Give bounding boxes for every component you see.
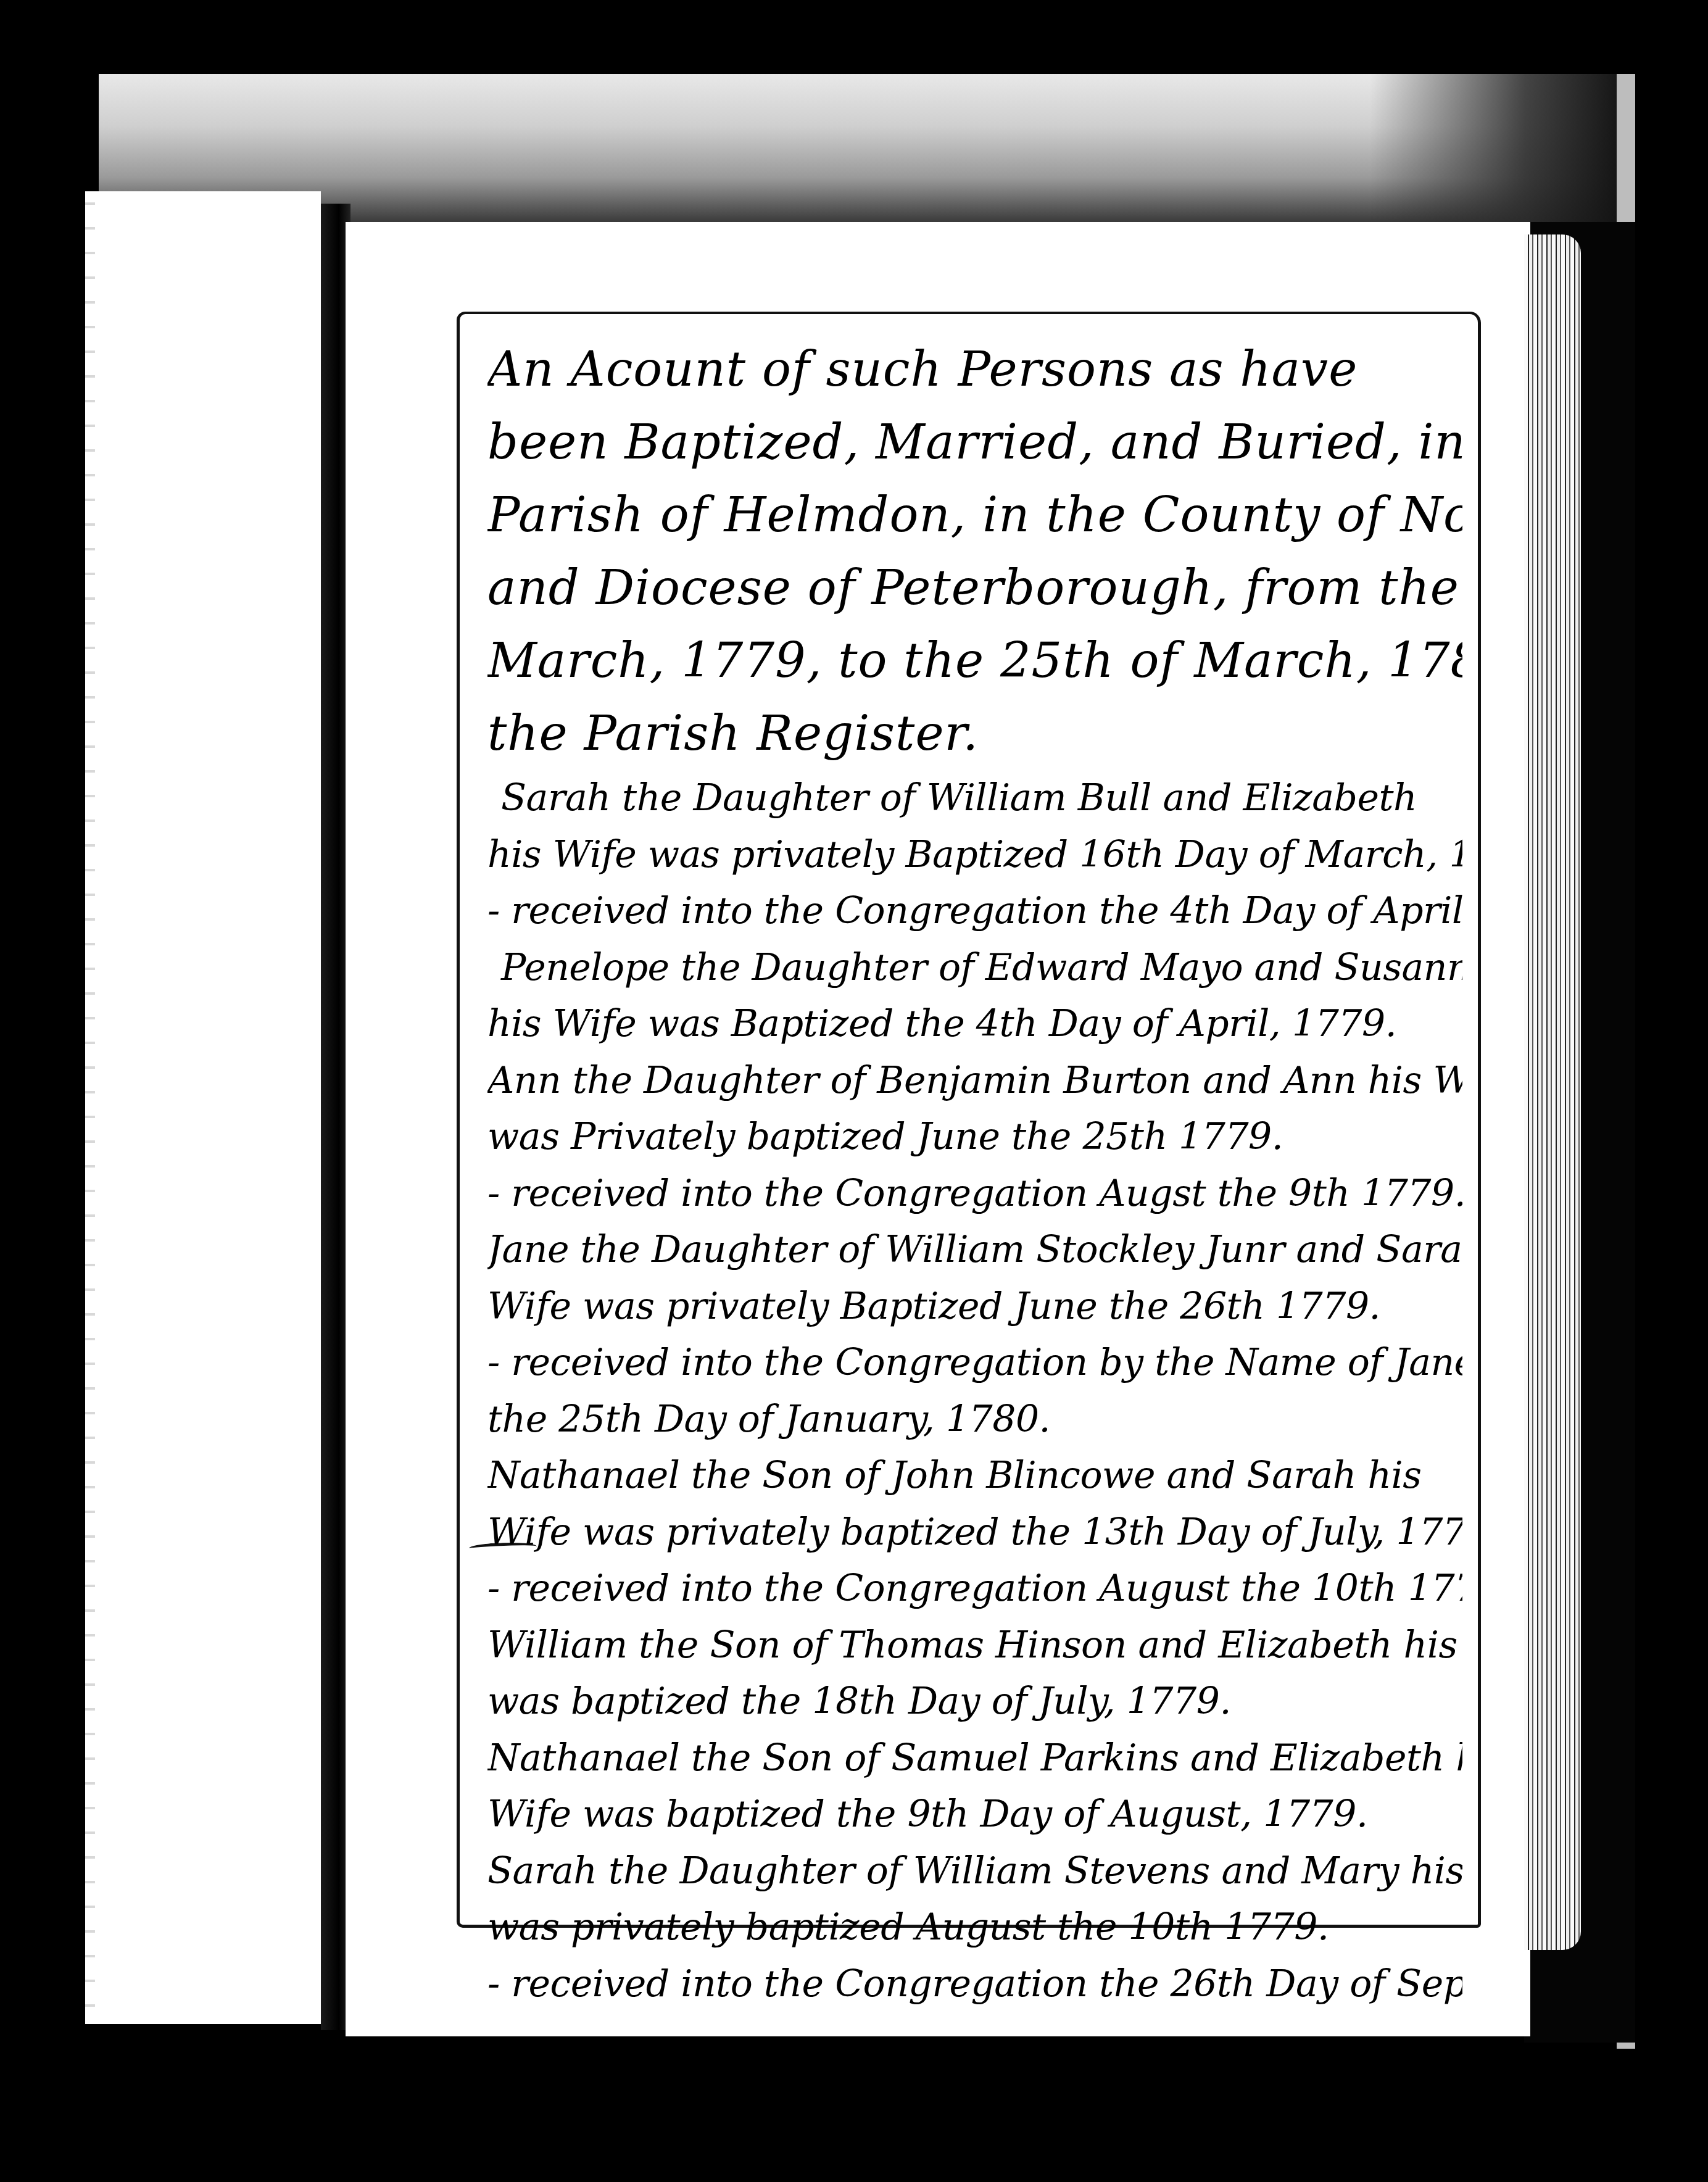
entry-line: Wife was privately Baptized June the 26t… xyxy=(487,1279,1462,1335)
entry-line: Wife was privately baptized the 13th Day… xyxy=(487,1504,1462,1561)
entry-line: the 25th Day of January, 1780. xyxy=(487,1392,1462,1448)
entry-line: William the Son of Thomas Hinson and Eli… xyxy=(487,1617,1462,1674)
entry-line: his Wife was Baptized the 4th Day of Apr… xyxy=(487,996,1462,1053)
heading-line: March, 1779, to the 25th of March, 1780,… xyxy=(487,624,1462,697)
entry-line: - received into the Congregation the 4th… xyxy=(487,883,1462,940)
entry-line: was Privately baptized June the 25th 177… xyxy=(487,1109,1462,1166)
entry-line: Ann the Daughter of Benjamin Burton and … xyxy=(487,1053,1462,1110)
baptism-entries: Sarah the Daughter of William Bull and E… xyxy=(487,770,1462,2012)
entry-line: Nathanael the Son of Samuel Parkins and … xyxy=(487,1730,1462,1787)
heading-line: An Acount of such Persons as have xyxy=(487,333,1462,406)
entry-line: - received into the Congregation Augst t… xyxy=(487,1166,1462,1222)
register-heading: An Acount of such Persons as have been B… xyxy=(487,333,1462,770)
scan-top-shadow xyxy=(99,74,1629,222)
entry-line: - received into the Congregation the 26t… xyxy=(487,1956,1462,2013)
heading-line: Parish of Helmdon, in the County of Nort… xyxy=(487,479,1462,552)
entry-line: Penelope the Daughter of Edward Mayo and… xyxy=(487,940,1462,997)
entry-line: - received into the Congregation by the … xyxy=(487,1335,1462,1392)
entry-line: Sarah the Daughter of William Stevens an… xyxy=(487,1843,1462,1900)
heading-line: and Diocese of Peterborough, from the 25… xyxy=(487,552,1462,624)
page-edges-stack xyxy=(1524,234,1581,1950)
entry-line: Nathanael the Son of John Blincowe and S… xyxy=(487,1448,1462,1504)
entry-line: his Wife was privately Baptized 16th Day… xyxy=(487,827,1462,884)
entry-line: was baptized the 18th Day of July, 1779. xyxy=(487,1674,1462,1730)
facing-left-page xyxy=(91,191,321,2024)
heading-line: been Baptized, Married, and Buried, in t… xyxy=(487,406,1462,479)
entry-line: Sarah the Daughter of William Bull and E… xyxy=(487,770,1462,827)
entry-line: Wife was baptized the 9th Day of August,… xyxy=(487,1786,1462,1843)
register-text: An Acount of such Persons as have been B… xyxy=(487,333,1462,2012)
entry-line: Jane the Daughter of William Stockley Ju… xyxy=(487,1222,1462,1279)
heading-line: the Parish Register. xyxy=(487,697,1462,770)
entry-line: was privately baptized August the 10th 1… xyxy=(487,1899,1462,1956)
entry-line: - received into the Congregation August … xyxy=(487,1561,1462,1617)
